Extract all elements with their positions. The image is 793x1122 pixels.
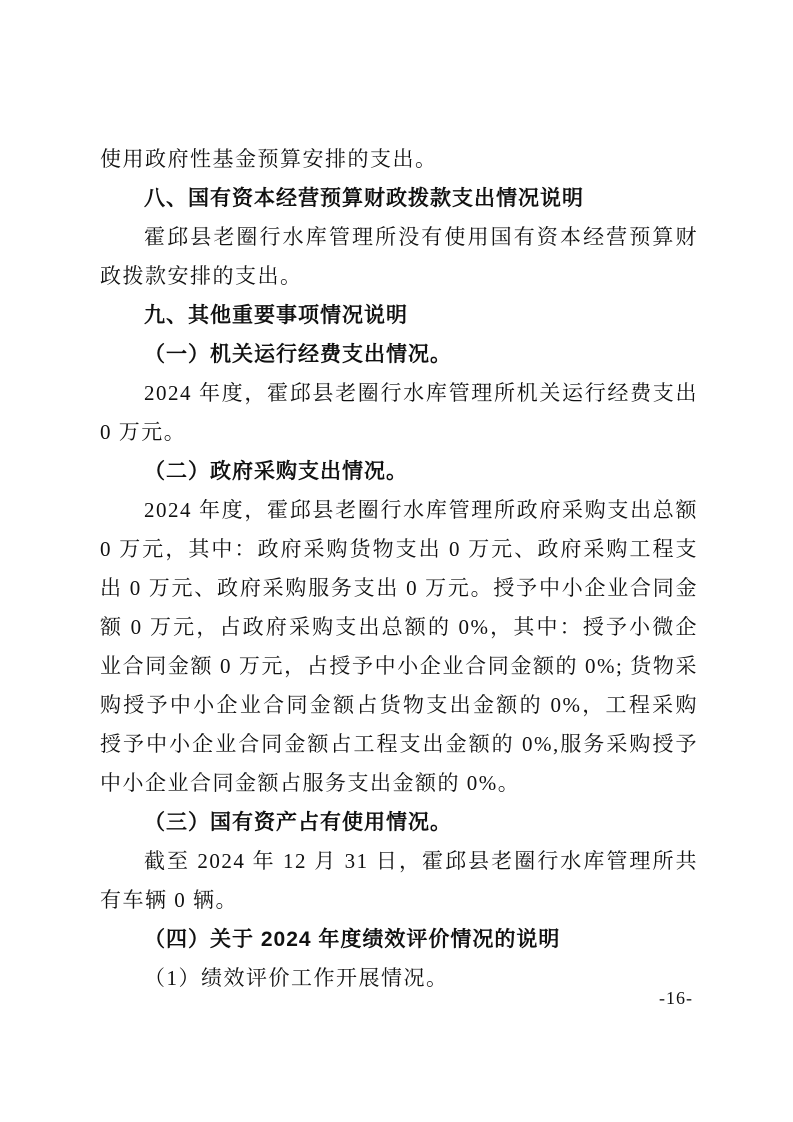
paragraph-continued-gov-fund: 使用政府性基金预算安排的支出。 [100, 140, 698, 179]
section-heading-9-other-matters: 九、其他重要事项情况说明 [100, 296, 698, 335]
subsection-heading-3-state-assets: （三）国有资产占有使用情况。 [100, 803, 698, 842]
paragraph-procurement-detail: 2024 年度，霍邱县老圈行水库管理所政府采购支出总额 0 万元，其中：政府采购… [100, 491, 698, 803]
subsection-heading-1-operating-expense: （一）机关运行经费支出情况。 [100, 335, 698, 374]
page-number: -16- [659, 988, 693, 1009]
paragraph-performance-evaluation-item-1: （1）绩效评价工作开展情况。 [100, 959, 698, 998]
document-body: 使用政府性基金预算安排的支出。 八、国有资本经营预算财政拨款支出情况说明 霍邱县… [100, 140, 698, 998]
section-heading-8-state-capital: 八、国有资本经营预算财政拨款支出情况说明 [100, 179, 698, 218]
paragraph-state-assets-vehicles: 截至 2024 年 12 月 31 日，霍邱县老圈行水库管理所共有车辆 0 辆。 [100, 842, 698, 920]
paragraph-state-capital: 霍邱县老圈行水库管理所没有使用国有资本经营预算财政拨款安排的支出。 [100, 218, 698, 296]
subsection-heading-2-procurement: （二）政府采购支出情况。 [100, 452, 698, 491]
subsection-heading-4-performance-evaluation: （四）关于 2024 年度绩效评价情况的说明 [100, 920, 698, 959]
paragraph-operating-expense: 2024 年度，霍邱县老圈行水库管理所机关运行经费支出 0 万元。 [100, 374, 698, 452]
document-page: 使用政府性基金预算安排的支出。 八、国有资本经营预算财政拨款支出情况说明 霍邱县… [0, 0, 793, 1122]
